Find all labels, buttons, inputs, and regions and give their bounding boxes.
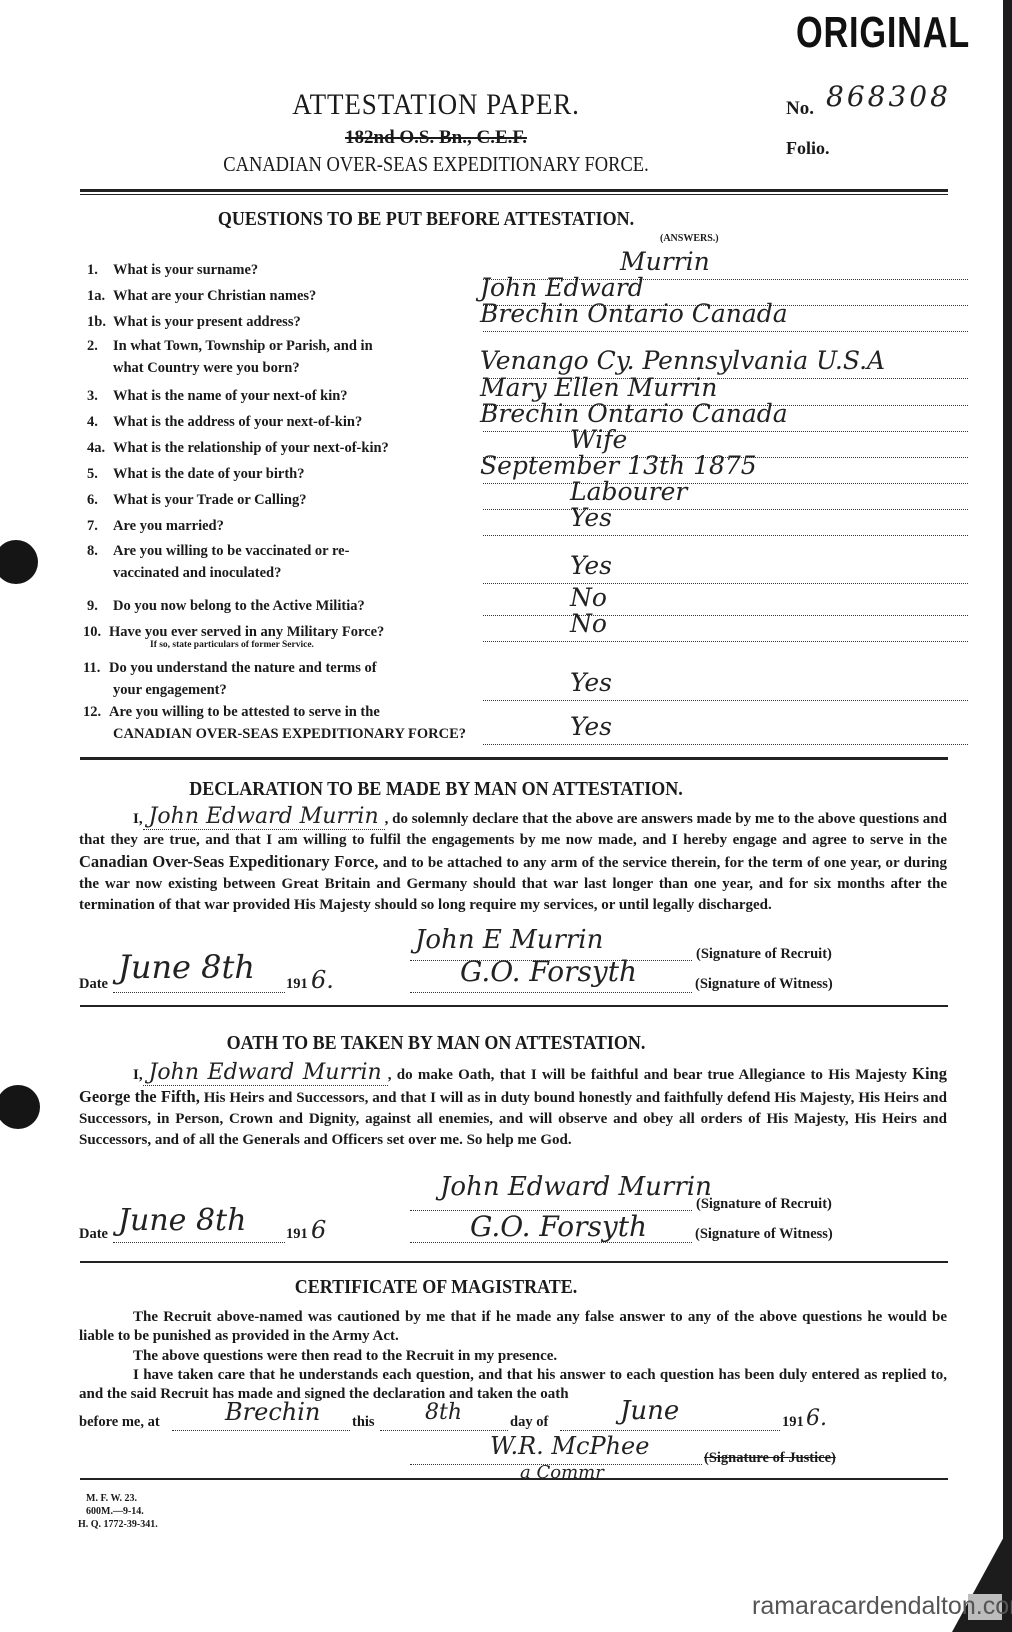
- question-text: 10.Have you ever served in any Military …: [83, 624, 384, 641]
- answer-value: Brechin Ontario Canada: [480, 299, 788, 328]
- answer-line: [483, 509, 968, 510]
- question-number: 9.: [87, 598, 113, 615]
- divider: [80, 1478, 948, 1480]
- divider: [80, 757, 948, 760]
- declaration-bold: Canadian Over-Seas Expeditionary Force,: [79, 852, 378, 871]
- question-label: What is the name of your next-of kin?: [113, 388, 348, 404]
- question-text-cont: what Country were you born?: [113, 360, 300, 377]
- date-line: [113, 1242, 285, 1243]
- answer-value: Yes: [570, 712, 612, 741]
- divider: [80, 189, 948, 192]
- answer-value: No: [570, 583, 607, 612]
- answer-value: Venango Cy. Pennsylvania U.S.A: [480, 346, 885, 375]
- before-me-label: before me, at: [79, 1414, 160, 1431]
- question-text: 5.What is the date of your birth?: [87, 466, 304, 483]
- question-text: 3.What is the name of your next-of kin?: [87, 388, 348, 405]
- signature-line: [410, 1464, 702, 1465]
- place-line: [172, 1430, 350, 1431]
- unit-text: 182nd O.S. Bn., C.E.F.: [345, 127, 527, 148]
- date-label: Date: [79, 1226, 108, 1243]
- question-number: 11.: [83, 660, 109, 677]
- witness-signature-label: (Signature of Witness): [695, 976, 833, 993]
- answer-value: Brechin Ontario Canada: [480, 399, 788, 428]
- recruit-signature-label: (Signature of Recruit): [696, 946, 832, 963]
- question-text: 9.Do you now belong to the Active Militi…: [87, 598, 365, 615]
- declaration-text: I,John Edward Murrin, do solemnly declar…: [79, 806, 947, 916]
- original-stamp: ORIGINAL: [796, 8, 970, 58]
- form-code: M. F. W. 23.: [78, 1492, 158, 1505]
- oath-witness-signature: G.O. Forsyth: [470, 1210, 647, 1243]
- question-text: 4a.What is the relationship of your next…: [87, 440, 389, 457]
- year-prefix: 191: [286, 976, 308, 993]
- question-number: 1.: [87, 262, 113, 279]
- year-suffix: 6: [311, 1216, 326, 1244]
- day-of-label: day of: [510, 1414, 548, 1431]
- question-label: What is your surname?: [113, 262, 258, 278]
- certificate-place: Brechin: [225, 1398, 320, 1426]
- certificate-para-2: The above questions were then read to th…: [79, 1347, 947, 1366]
- declaration-name: John Edward Murrin: [143, 804, 385, 830]
- answer-value: Yes: [570, 551, 612, 580]
- day-line: [380, 1430, 508, 1431]
- certificate-para-1: The Recruit above-named was cautioned by…: [79, 1308, 947, 1346]
- date-line: [113, 992, 285, 993]
- question-number: 4a.: [87, 440, 113, 457]
- number-value: 868308: [826, 80, 951, 113]
- question-text: 6.What is your Trade or Calling?: [87, 492, 307, 509]
- questions-heading: QUESTIONS TO BE PUT BEFORE ATTESTATION.: [0, 208, 881, 231]
- divider: [80, 1005, 948, 1007]
- question-text: 1b.What is your present address?: [87, 314, 301, 331]
- question-number: 1a.: [87, 288, 113, 305]
- oath-name: John Edward Murrin: [143, 1060, 388, 1086]
- question-number: 12.: [83, 704, 109, 721]
- question-number: 1b.: [87, 314, 113, 331]
- question-text-cont: your engagement?: [113, 682, 227, 699]
- question-label: Do you now belong to the Active Militia?: [113, 598, 365, 614]
- certificate-para-3: I have taken care that he understands ea…: [79, 1366, 947, 1404]
- question-label: What is the address of your next-of-kin?: [113, 414, 362, 430]
- hole-punch: [0, 540, 38, 584]
- question-text: 1.What is your surname?: [87, 262, 258, 279]
- question-label: Do you understand the nature and terms o…: [109, 660, 377, 676]
- question-label: Have you ever served in any Military For…: [109, 624, 384, 640]
- oath-body-2: His Heirs and Successors, and that I wil…: [79, 1090, 947, 1148]
- question-number: 8.: [87, 543, 113, 560]
- recruit-signature-label: (Signature of Recruit): [696, 1196, 832, 1213]
- declaration-heading: DECLARATION TO BE MADE BY MAN ON ATTESTA…: [0, 778, 891, 801]
- declaration-recruit-signature: John E Murrin: [415, 925, 603, 955]
- certificate-day: 8th: [425, 1400, 462, 1425]
- hole-punch: [0, 1085, 40, 1129]
- question-text: 2.In what Town, Township or Parish, and …: [87, 338, 373, 355]
- this-label: this: [352, 1414, 375, 1431]
- answer-value: Wife: [570, 425, 627, 454]
- date-label: Date: [79, 976, 108, 993]
- question-number: 5.: [87, 466, 113, 483]
- oath-text: I,John Edward Murrin, do make Oath, that…: [79, 1062, 947, 1151]
- document-title: ATTESTATION PAPER.: [0, 88, 891, 122]
- form-code: 600M.—9-14.: [78, 1505, 158, 1518]
- oath-body-1: , do make Oath, that I will be faithful …: [388, 1067, 912, 1083]
- question-label: What are your Christian names?: [113, 288, 316, 304]
- declaration-witness-signature: G.O. Forsyth: [460, 955, 637, 988]
- witness-line: [410, 992, 692, 993]
- answer-value: Mary Ellen Murrin: [480, 373, 717, 402]
- answer-value: No: [570, 609, 607, 638]
- month-line: [560, 1430, 780, 1431]
- answer-line: [483, 744, 968, 745]
- question-label: What is the date of your birth?: [113, 466, 304, 482]
- certificate-heading: CERTIFICATE OF MAGISTRATE.: [0, 1276, 891, 1299]
- answer-value: Murrin: [620, 247, 710, 276]
- answer-line: [483, 641, 968, 642]
- question-text: 7.Are you married?: [87, 518, 224, 535]
- question-text: 1a.What are your Christian names?: [87, 288, 316, 305]
- oath-recruit-signature: John Edward Murrin: [440, 1172, 712, 1202]
- question-text: 4.What is the address of your next-of-ki…: [87, 414, 362, 431]
- question-number: 7.: [87, 518, 113, 535]
- answer-value: Labourer: [570, 477, 687, 506]
- answer-line: [483, 615, 968, 616]
- answer-line: [483, 331, 968, 332]
- answer-value: John Edward: [480, 273, 644, 302]
- answer-line: [483, 483, 968, 484]
- watermark: ramaracardendalton.com: [752, 1592, 1012, 1621]
- year-suffix: 6.: [311, 966, 334, 994]
- answer-line: [483, 583, 968, 584]
- answer-value: Yes: [570, 503, 612, 532]
- justice-signature-label: (Signature of Justice): [704, 1450, 836, 1467]
- divider: [80, 194, 948, 195]
- question-number: 6.: [87, 492, 113, 509]
- question-number: 2.: [87, 338, 113, 355]
- form-codes: M. F. W. 23. 600M.—9-14. H. Q. 1772-39-3…: [78, 1492, 158, 1531]
- question-text: 8.Are you willing to be vaccinated or re…: [87, 543, 349, 560]
- question-label: Are you willing to be vaccinated or re-: [113, 543, 349, 559]
- certificate-month: June: [620, 1396, 679, 1426]
- declaration-date: June 8th: [118, 948, 255, 986]
- force-name: CANADIAN OVER-SEAS EXPEDITIONARY FORCE.: [0, 152, 881, 177]
- justice-signature: W.R. McPhee: [490, 1432, 649, 1460]
- question-number: 4.: [87, 414, 113, 431]
- answer-value: Yes: [570, 668, 612, 697]
- question-label: In what Town, Township or Parish, and in: [113, 338, 373, 354]
- question-note: If so, state particulars of former Servi…: [150, 640, 314, 650]
- question-text-cont: vaccinated and inoculated?: [113, 565, 281, 582]
- form-code: H. Q. 1772-39-341.: [78, 1518, 158, 1531]
- answer-line: [483, 431, 968, 432]
- folio-label: Folio.: [786, 138, 830, 159]
- oath-date: June 8th: [118, 1203, 246, 1238]
- question-number: 10.: [83, 624, 109, 641]
- question-text: 12.Are you willing to be attested to ser…: [83, 704, 380, 721]
- question-label: What is the relationship of your next-of…: [113, 440, 389, 456]
- year-suffix: 6.: [806, 1406, 827, 1431]
- answer-line: [483, 700, 968, 701]
- divider: [80, 1261, 948, 1263]
- question-text-cont: CANADIAN OVER-SEAS EXPEDITIONARY FORCE?: [113, 726, 466, 743]
- witness-signature-label: (Signature of Witness): [695, 1226, 833, 1243]
- question-label: Are you willing to be attested to serve …: [109, 704, 380, 720]
- year-prefix: 191: [782, 1414, 804, 1431]
- question-label: Are you married?: [113, 518, 224, 534]
- number-label: No.: [786, 98, 814, 120]
- answer-line: [483, 535, 968, 536]
- question-number: 3.: [87, 388, 113, 405]
- year-prefix: 191: [286, 1226, 308, 1243]
- question-label: What is your Trade or Calling?: [113, 492, 307, 508]
- question-text: 11.Do you understand the nature and term…: [83, 660, 377, 677]
- oath-heading: OATH TO BE TAKEN BY MAN ON ATTESTATION.: [0, 1032, 891, 1055]
- answer-value: September 13th 1875: [480, 451, 757, 480]
- answers-label: (ANSWERS.): [660, 233, 719, 244]
- question-label: What is your present address?: [113, 314, 301, 330]
- scan-edge: [1003, 0, 1012, 1632]
